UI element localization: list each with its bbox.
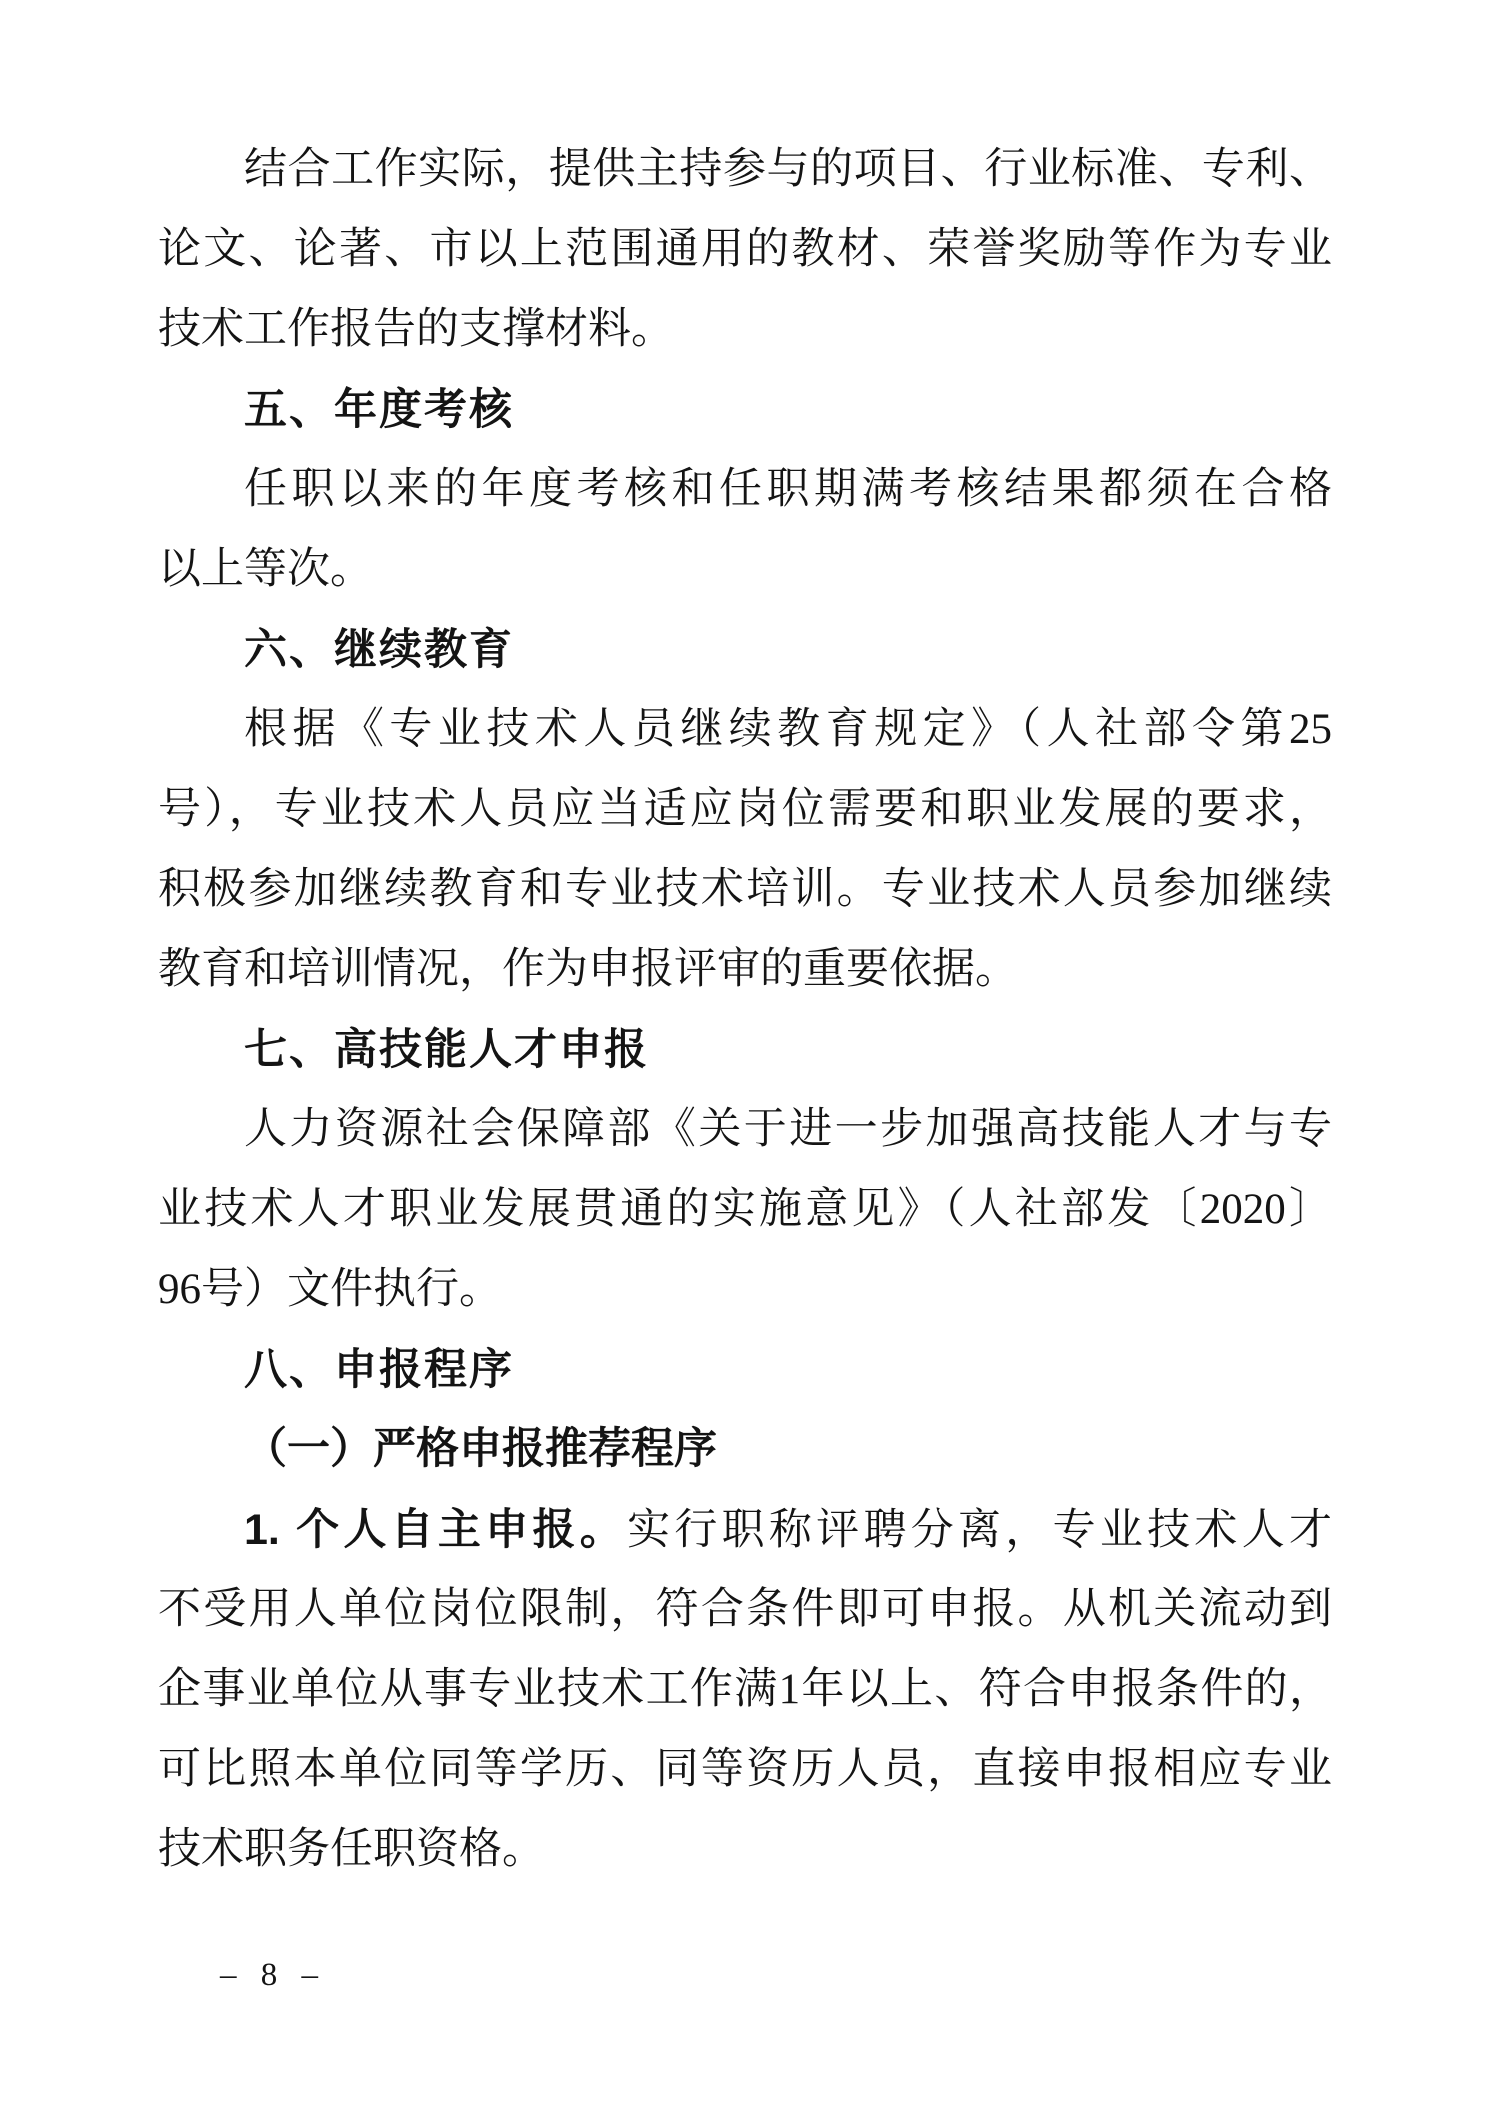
text-line: （一）严格申报推荐程序 (158, 1410, 1332, 1490)
text-line: 不受用人单位岗位限制，符合条件即可申报。从机关流动到 (158, 1570, 1332, 1650)
text-run: 人力资源社会保障部《关于进一步加强高技能人才与专 (244, 1106, 1332, 1153)
text-run: 六、继续教育 (244, 626, 514, 674)
text-run: 企事业单位从事专业技术工作满1年以上、符合申报条件的， (158, 1666, 1332, 1713)
text-run: 教育和培训情况，作为申报评审的重要依据。 (158, 946, 1018, 993)
text-run: 96号）文件执行。 (158, 1266, 502, 1313)
text-line: 技术职务任职资格。 (158, 1810, 1332, 1890)
text-run: 技术工作报告的支撑材料。 (158, 306, 674, 353)
text-run: 结合工作实际，提供主持参与的项目、行业标准、专利、 (244, 146, 1332, 193)
text-run: 七、高技能人才申报 (244, 1026, 649, 1074)
section-heading: 六、继续教育 (158, 610, 1332, 690)
document-body: 结合工作实际，提供主持参与的项目、行业标准、专利、论文、论著、市以上范围通用的教… (158, 130, 1332, 1890)
text-line: 教育和培训情况，作为申报评审的重要依据。 (158, 930, 1332, 1010)
text-run: 以上等次。 (158, 546, 373, 593)
section-heading: 八、申报程序 (158, 1330, 1332, 1410)
text-line: 号），专业技术人员应当适应岗位需要和职业发展的要求， (158, 770, 1332, 850)
text-run: 论文、论著、市以上范围通用的教材、荣誉奖励等作为专业 (158, 226, 1332, 273)
document-page: 结合工作实际，提供主持参与的项目、行业标准、专利、论文、论著、市以上范围通用的教… (0, 0, 1487, 2105)
text-line: 以上等次。 (158, 530, 1332, 610)
text-line: 任职以来的年度考核和任职期满考核结果都须在合格 (158, 450, 1332, 530)
section-heading: 五、年度考核 (158, 370, 1332, 450)
text-run: 实行职称评聘分离，专业技术人才 (627, 1507, 1332, 1554)
text-line: 根据《专业技术人员继续教育规定》（人社部令第25 (158, 690, 1332, 770)
text-run: 积极参加继续教育和专业技术培训。专业技术人员参加继续 (158, 866, 1332, 913)
text-run: 八、申报程序 (244, 1346, 514, 1394)
text-line: 业技术人才职业发展贯通的实施意见》（人社部发〔2020〕 (158, 1170, 1332, 1250)
text-line: 可比照本单位同等学历、同等资历人员，直接申报相应专业 (158, 1730, 1332, 1810)
text-run: （一）严格申报推荐程序 (244, 1426, 717, 1473)
text-run: 可比照本单位同等学历、同等资历人员，直接申报相应专业 (158, 1746, 1332, 1793)
text-line: 1. 个人自主申报。实行职称评聘分离，专业技术人才 (158, 1490, 1332, 1570)
text-run: 不受用人单位岗位限制，符合条件即可申报。从机关流动到 (158, 1586, 1332, 1633)
text-run: 技术职务任职资格。 (158, 1826, 545, 1873)
text-line: 技术工作报告的支撑材料。 (158, 290, 1332, 370)
text-line: 人力资源社会保障部《关于进一步加强高技能人才与专 (158, 1090, 1332, 1170)
section-heading: 七、高技能人才申报 (158, 1010, 1332, 1090)
text-line: 结合工作实际，提供主持参与的项目、行业标准、专利、 (158, 130, 1332, 210)
text-run: 号），专业技术人员应当适应岗位需要和职业发展的要求， (158, 786, 1332, 833)
text-run: 五、年度考核 (244, 386, 514, 434)
text-run: 业技术人才职业发展贯通的实施意见》（人社部发〔2020〕 (158, 1186, 1332, 1233)
text-line: 企事业单位从事专业技术工作满1年以上、符合申报条件的， (158, 1650, 1332, 1730)
text-run: 根据《专业技术人员继续教育规定》（人社部令第25 (244, 706, 1332, 753)
page-number: – 8 – (220, 1955, 326, 1995)
text-line: 论文、论著、市以上范围通用的教材、荣誉奖励等作为专业 (158, 210, 1332, 290)
text-run: 任职以来的年度考核和任职期满考核结果都须在合格 (244, 466, 1332, 513)
text-line: 96号）文件执行。 (158, 1250, 1332, 1330)
text-line: 积极参加继续教育和专业技术培训。专业技术人员参加继续 (158, 850, 1332, 930)
text-run: 1. 个人自主申报。 (244, 1506, 627, 1554)
